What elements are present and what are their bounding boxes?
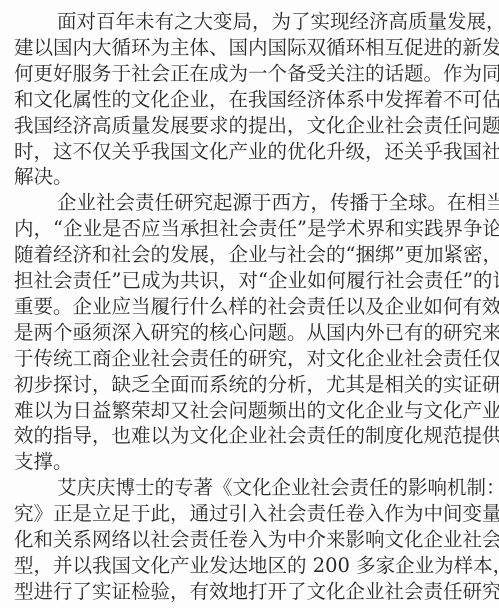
text-line: 企业社会责任研究起源于西方，传播于全球。在相当长的一段时间 bbox=[57, 189, 488, 216]
text-line: 重要。企业应当履行什么样的社会责任以及企业如何有效地履行社会责任 bbox=[14, 293, 488, 320]
text-line: 型进行了实证检验，有效地打开了文化企业社会责任研究的“黑箱”。具 bbox=[14, 578, 488, 605]
text-line: 何更好服务于社会正在成为一个备受关注的话题。作为同时兼具经济属性 bbox=[14, 60, 488, 87]
text-line: 随着经济和社会的发展，企业与社会的“捆绑”更加紧密，“企业应当承 bbox=[14, 241, 488, 268]
text-line: 是两个亟须深入研究的核心问题。从国内外已有的研究来看，大多是聚焦 bbox=[14, 319, 488, 346]
text-line: 初步探讨，缺乏全面而系统的分析，尤其是相关的实证研究比较少见。这 bbox=[14, 371, 488, 398]
document-page: 面对百年未有之大变局，为了实现经济高质量发展，我国正在加快构建以国内大循环为主体… bbox=[0, 0, 499, 608]
text-line: 效的指导，也难以为文化企业社会责任的制度化规范提供精准的理论 bbox=[14, 422, 488, 449]
text-line: 于传统工商企业社会责任的研究，对文化企业社会责任仅有一些碎片化的 bbox=[14, 345, 488, 372]
text-line: 担社会责任”已成为共识，对“企业如何履行社会责任”的讨论变得更加 bbox=[14, 267, 488, 294]
text-line: 究》正是立足于此，通过引入社会责任卷入作为中间变量，构建了组织文 bbox=[14, 500, 488, 527]
text-line: 支撑。 bbox=[14, 448, 488, 475]
text-line: 解决。 bbox=[14, 163, 488, 190]
text-line: 面对百年未有之大变局，为了实现经济高质量发展，我国正在加快构 bbox=[57, 8, 488, 35]
text-line: 建以国内大循环为主体、国内国际双循环相互促进的新发展格局，企业如 bbox=[14, 34, 488, 61]
text-line: 化和关系网络以社会责任卷入为中介来影响文化企业社会责任的机制模 bbox=[14, 526, 488, 553]
text-line: 艾庆庆博士的专著《文化企业社会责任的影响机制：理论与实证研 bbox=[57, 474, 488, 501]
text-line: 内，“企业是否应当承担社会责任”是学术界和实践界争论不断的问题。但 bbox=[14, 215, 488, 242]
text-line: 时，这不仅关乎我国文化产业的优化升级，还关乎我国社会主要矛盾的 bbox=[14, 138, 488, 165]
text-line: 难以为日益繁荣却又社会问题频出的文化企业与文化产业发展实践给予有 bbox=[14, 397, 488, 424]
text-line: 和文化属性的文化企业，在我国经济体系中发挥着不可估量的作用。随着 bbox=[14, 86, 488, 113]
text-line: 我国经济高质量发展要求的提出，文化企业社会责任问题的探究正当其 bbox=[14, 112, 488, 139]
text-line: 型，并以我国文化产业发达地区的 200 多家企业为样本，对提出的理论模 bbox=[14, 552, 488, 579]
